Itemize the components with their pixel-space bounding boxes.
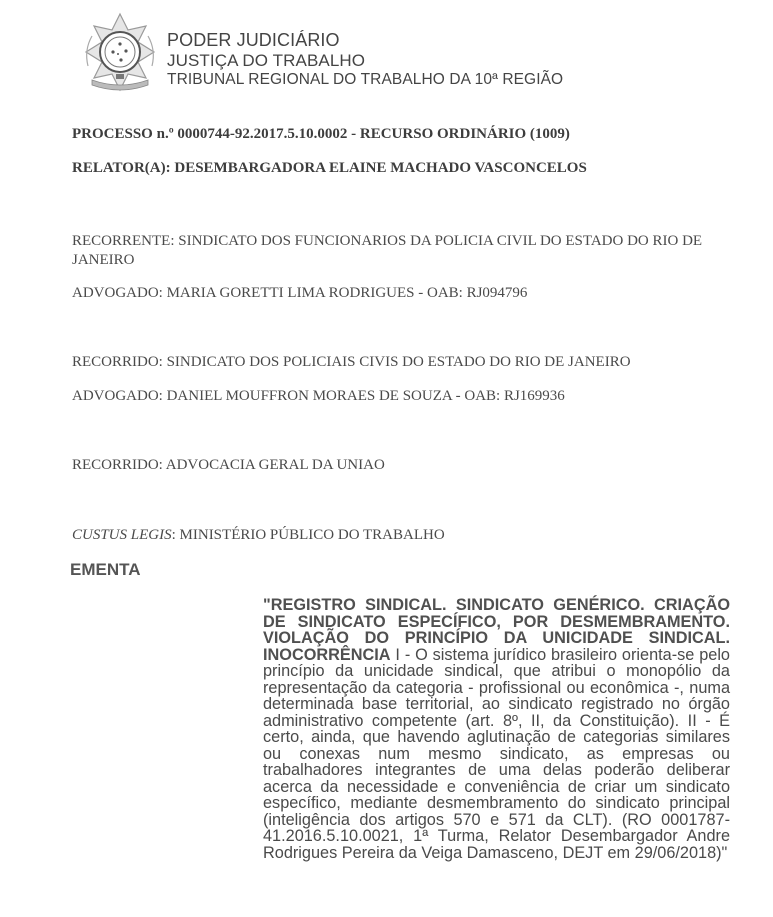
advogado-recorrido: ADVOGADO: DANIEL MOUFFRON MORAES DE SOUZ… — [72, 387, 742, 406]
recorrido-2: RECORRIDO: ADVOCACIA GERAL DA UNIAO — [72, 456, 742, 475]
advogado-recorrente: ADVOGADO: MARIA GORETTI LIMA RODRIGUES -… — [72, 284, 742, 303]
brazil-coat-of-arms-icon — [78, 10, 162, 94]
relator: RELATOR(A): DESEMBARGADORA ELAINE MACHAD… — [72, 160, 587, 177]
ementa-text: "REGISTRO SINDICAL. SINDICATO GENÉRICO. … — [263, 597, 730, 861]
header-tribunal: TRIBUNAL REGIONAL DO TRABALHO DA 10ª REG… — [167, 71, 563, 89]
custus-legis: CUSTUS LEGIS: MINISTÉRIO PÚBLICO DO TRAB… — [72, 526, 742, 545]
recorrente: RECORRENTE: SINDICATO DOS FUNCIONARIOS D… — [72, 232, 742, 270]
header-poder-judiciario: PODER JUDICIÁRIO — [167, 30, 340, 51]
process-number: PROCESSO n.º 0000744-92.2017.5.10.0002 -… — [72, 126, 570, 143]
custus-legis-value: : MINISTÉRIO PÚBLICO DO TRABALHO — [172, 527, 445, 543]
custus-legis-label: CUSTUS LEGIS — [72, 527, 172, 543]
ementa-content: I - O sistema jurídico brasileiro orient… — [263, 646, 730, 862]
ementa-heading: EMENTA — [70, 560, 141, 580]
header-justica-do-trabalho: JUSTIÇA DO TRABALHO — [167, 51, 365, 71]
recorrido-1: RECORRIDO: SINDICATO DOS POLICIAIS CIVIS… — [72, 353, 742, 372]
